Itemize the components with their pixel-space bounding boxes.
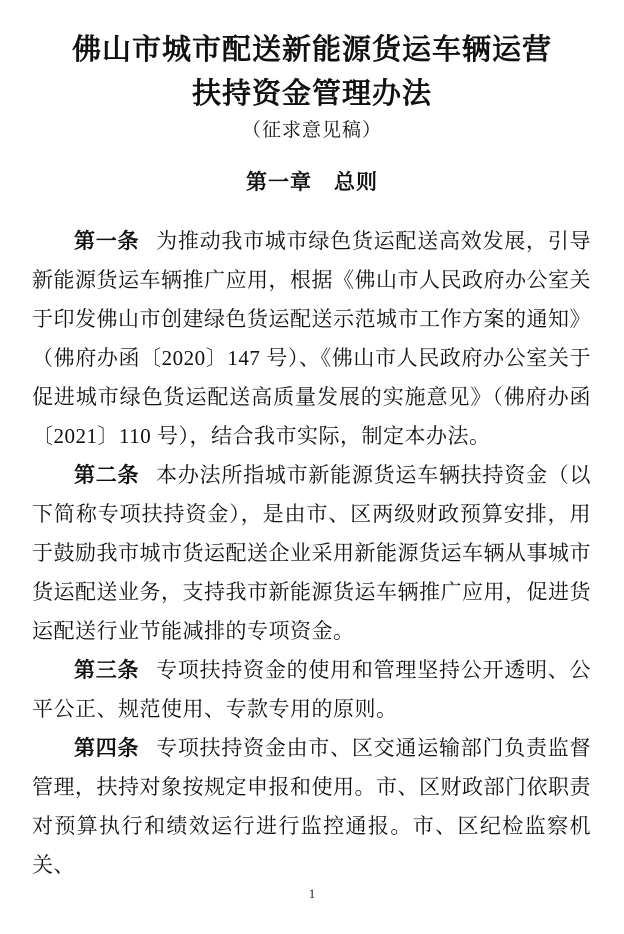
article-4-label: 第四条: [74, 736, 139, 760]
chapter-heading: 第一章 总则: [0, 168, 624, 196]
title-line-2: 扶持资金管理办法: [0, 72, 624, 116]
article-1-text: 为推动我市城市绿色货运配送高效发展，引导新能源货运车辆推广应用，根据《佛山市人民…: [32, 229, 591, 448]
draft-note: （征求意见稿）: [0, 118, 624, 144]
article-2-text: 本办法所指城市新能源货运车辆扶持资金（以下简称专项扶持资金），是由市、区两级财政…: [32, 463, 591, 643]
page-number: 1: [0, 886, 624, 902]
document-title: 佛山市城市配送新能源货运车辆运营 扶持资金管理办法: [0, 28, 624, 116]
article-3: 第三条专项扶持资金的使用和管理坚持公开透明、公平公正、规范使用、专款专用的原则。: [32, 651, 591, 729]
article-1: 第一条为推动我市城市绿色货运配送高效发展，引导新能源货运车辆推广应用，根据《佛山…: [32, 222, 591, 456]
article-1-label: 第一条: [74, 229, 139, 253]
article-2: 第二条本办法所指城市新能源货运车辆扶持资金（以下简称专项扶持资金），是由市、区两…: [32, 456, 591, 651]
document-body: 第一条为推动我市城市绿色货运配送高效发展，引导新能源货运车辆推广应用，根据《佛山…: [32, 222, 591, 885]
document-page: 佛山市城市配送新能源货运车辆运营 扶持资金管理办法 （征求意见稿） 第一章 总则…: [0, 0, 624, 934]
article-4: 第四条专项扶持资金由市、区交通运输部门负责监督管理，扶持对象按规定申报和使用。市…: [32, 729, 591, 885]
article-3-label: 第三条: [74, 658, 139, 682]
article-2-label: 第二条: [74, 463, 139, 487]
title-line-1: 佛山市城市配送新能源货运车辆运营: [0, 28, 624, 72]
